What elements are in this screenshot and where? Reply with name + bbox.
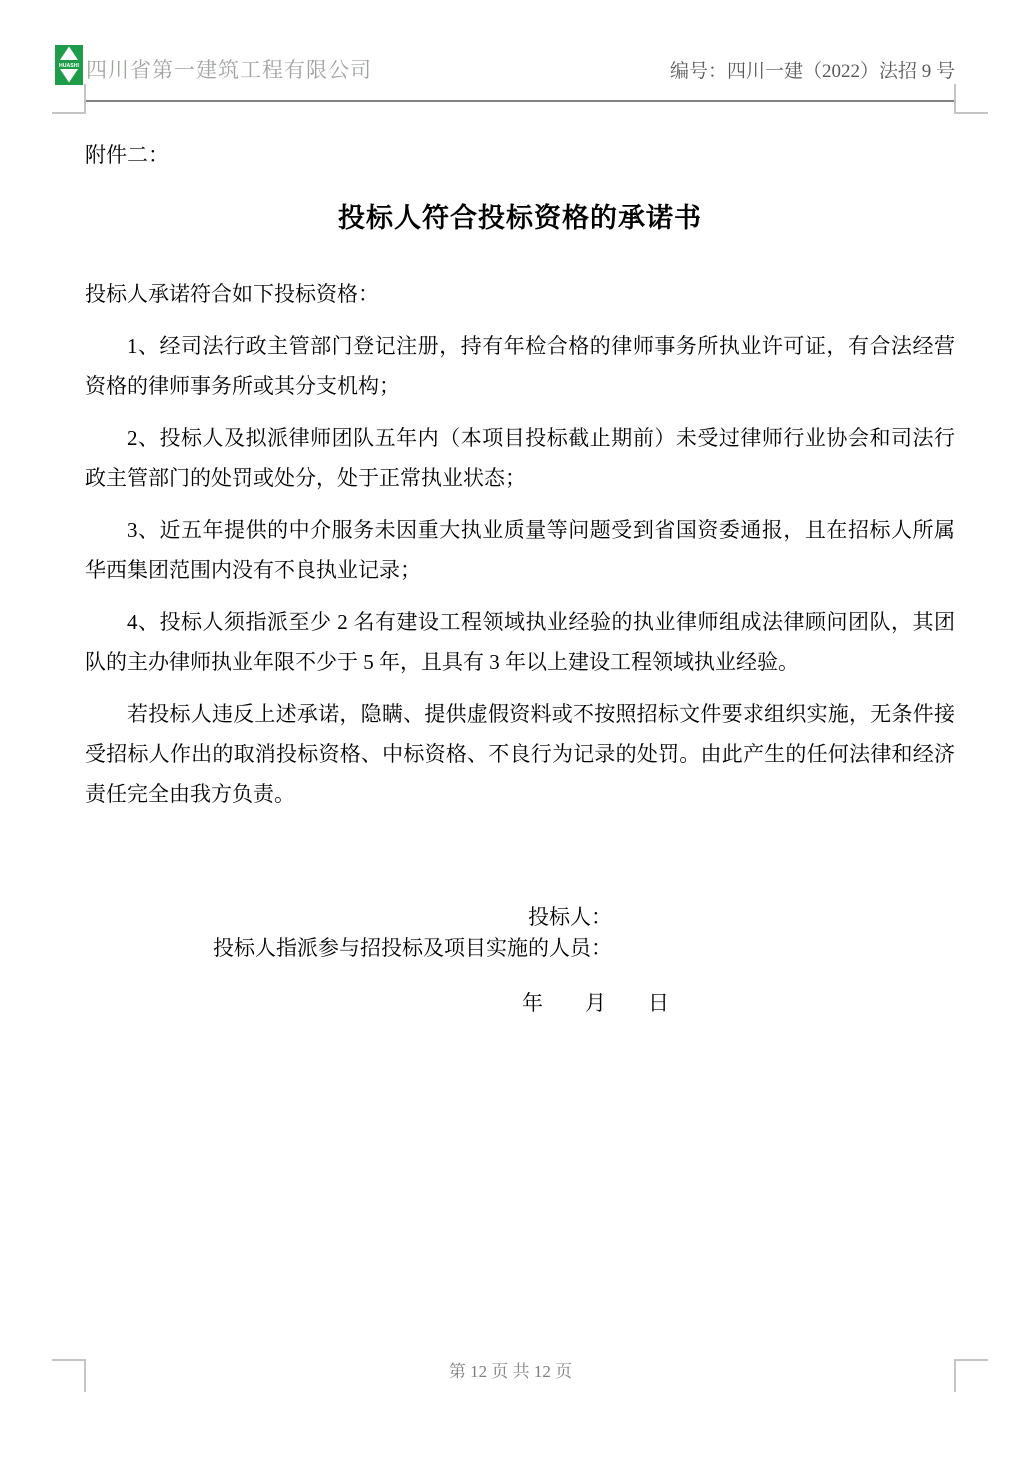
crop-mark-top-right: [954, 84, 988, 114]
paragraph-2: 2、投标人及拟派律师团队五年内（本项目投标截止期前）未受过律师行业协会和司法行政…: [85, 418, 955, 498]
signature-personnel-label: 投标人指派参与招投标及项目实施的人员：: [213, 934, 612, 962]
company-name: 四川省第一建筑工程有限公司: [86, 55, 372, 85]
page-number-footer: 第 12 页 共 12 页: [0, 1360, 1021, 1384]
huashi-logo-icon: HUASHI: [55, 45, 83, 85]
intro-paragraph: 投标人承诺符合如下投标资格：: [85, 274, 955, 314]
paragraph-5: 若投标人违反上述承诺，隐瞒、提供虚假资料或不按照招标文件要求组织实施，无条件接受…: [85, 694, 955, 814]
paragraph-4: 4、投标人须指派至少 2 名有建设工程领域执业经验的执业律师组成法律顾问团队，其…: [85, 602, 955, 682]
signature-bidder-label: 投标人：: [528, 903, 612, 931]
document-page: HUASHI 四川省第一建筑工程有限公司 编号：四川一建（2022）法招 9 号…: [0, 0, 1021, 1461]
document-body: 投标人承诺符合如下投标资格： 1、经司法行政主管部门登记注册，持有年检合格的律师…: [85, 274, 955, 826]
signature-date-line: 年 月 日: [522, 989, 669, 1017]
attachment-label: 附件二：: [85, 141, 169, 169]
paragraph-3: 3、近五年提供的中介服务未因重大执业质量等问题受到省国资委通报，且在招标人所属华…: [85, 510, 955, 590]
crop-mark-top-left: [52, 84, 86, 114]
doc-number: 编号：四川一建（2022）法招 9 号: [670, 58, 955, 86]
document-title: 投标人符合投标资格的承诺书: [85, 201, 955, 235]
logo-text: HUASHI: [59, 63, 79, 69]
header-rule: [84, 100, 955, 102]
paragraph-1: 1、经司法行政主管部门登记注册，持有年检合格的律师事务所执业许可证，有合法经营资…: [85, 326, 955, 406]
